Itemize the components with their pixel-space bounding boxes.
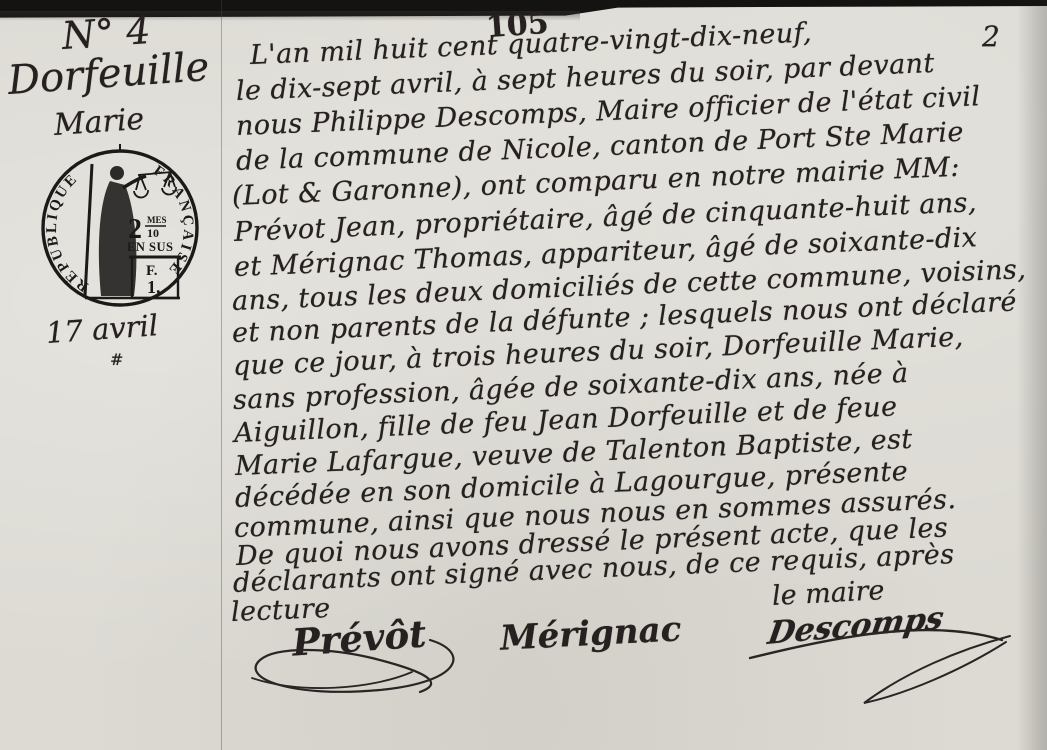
margin-deceased-surname: Dorfeuille [6,44,210,104]
figure-head [110,166,124,180]
page-number-right: 2 [982,20,1000,53]
stamp-value-frac-bottom: 10 [147,226,159,240]
stamp-pedestal-bottom: 1. [147,277,161,297]
prevot-flourish-loop [252,672,412,688]
scanned-death-record-page: { "page": { "page_number_center": "105",… [0,0,1047,750]
stamp-arc-left-text: RÉPUBLIQUE [44,170,92,294]
descomps-sweep [864,636,1010,703]
staff-icon [85,164,92,296]
fiscal-stamp: RÉPUBLIQUE FRANÇAISE 2 MES 10 EN SUS F. … [30,138,210,318]
scan-right-edge-shadow [1017,0,1047,750]
stamp-value-block: 2 MES 10 EN SUS [127,214,173,254]
stamp-value-suffix: EN SUS [127,240,173,254]
margin-hash-mark: # [110,350,123,369]
margin-deceased-firstname: Marie [53,102,146,143]
signature-merignac: Mérignac [499,609,682,658]
signature-prevot: Prévôt [291,611,428,664]
margin-rule-line [221,0,222,750]
stamp-value-frac-top: MES [147,215,167,225]
